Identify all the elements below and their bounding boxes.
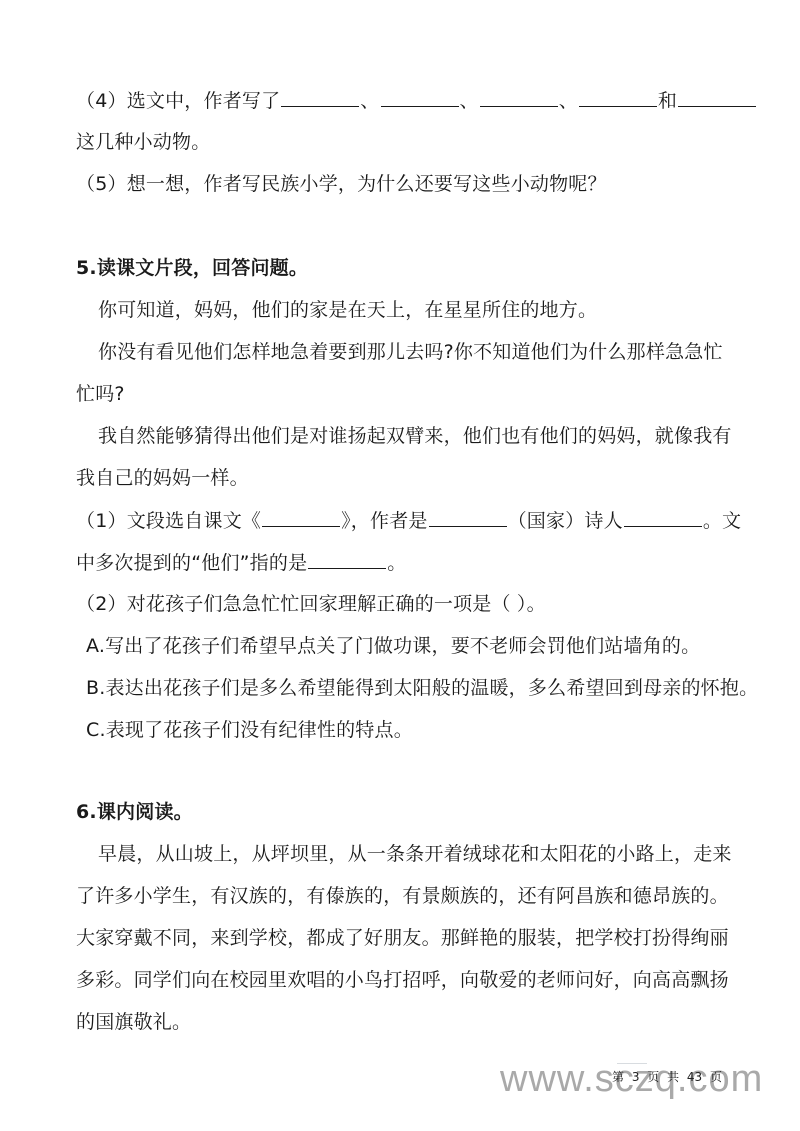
- answer-blank[interactable]: [381, 88, 459, 107]
- question-1-text: 。文: [703, 510, 741, 532]
- question-1-text: （国家）诗人: [508, 510, 623, 532]
- passage-paragraph-2-line2: 忙吗?: [76, 382, 125, 406]
- question-1-line1: （1）文段选自课文《》，作者是（国家）诗人。文: [76, 508, 741, 533]
- passage-paragraph-2-line1: 你没有看见他们怎样地急着要到那儿去吗?你不知道他们为什么那样急急忙: [98, 340, 723, 364]
- passage-paragraph-3-line1: 我自然能够猜得出他们是对谁扬起双臂来，他们也有他们的妈妈，就像我有: [98, 424, 732, 448]
- passage-paragraph-3-line2: 我自己的妈妈一样。: [76, 466, 249, 490]
- answer-blank[interactable]: [624, 508, 702, 527]
- question-4-prefix: （4）选文中，作者写了: [76, 90, 280, 112]
- passage-6-line5: 的国旗敬礼。: [76, 1010, 191, 1034]
- question-1-text: 》，作者是: [341, 510, 428, 532]
- page-number: 第 3 页 共 43 页: [612, 1068, 722, 1085]
- option-b[interactable]: B.表达出花孩子们是多么希望能得到太阳般的温暖，多么希望回到母亲的怀抱。: [86, 676, 758, 700]
- separator: 、: [460, 90, 479, 112]
- answer-blank[interactable]: [308, 550, 386, 569]
- document-page: （4）选文中，作者写了、、、和 这几种小动物。 （5）想一想，作者写民族小学，为…: [0, 0, 800, 1131]
- answer-blank[interactable]: [429, 508, 507, 527]
- passage-6-line3: 大家穿戴不同，来到学校，都成了好朋友。那鲜艳的服装，把学校打扮得绚丽: [76, 926, 729, 950]
- question-1-line2: 中多次提到的“他们”指的是。: [76, 550, 407, 575]
- question-2: （2）对花孩子们急急忙忙回家理解正确的一项是（ ）。: [76, 592, 546, 616]
- footer-divider: [617, 1063, 647, 1064]
- answer-blank[interactable]: [262, 508, 340, 527]
- separator: 、: [360, 90, 379, 112]
- answer-blank[interactable]: [480, 88, 558, 107]
- passage-6-line4: 多彩。同学们向在校园里欢唱的小鸟打招呼，向敬爱的老师问好，向高高飘扬: [76, 968, 729, 992]
- answer-blank[interactable]: [579, 88, 657, 107]
- answer-blank[interactable]: [678, 88, 756, 107]
- section-5-heading: 5.读课文片段，回答问题。: [76, 256, 308, 280]
- answer-blank[interactable]: [281, 88, 359, 107]
- separator: 、: [559, 90, 578, 112]
- question-4-line1: （4）选文中，作者写了、、、和: [76, 88, 757, 113]
- question-1-text: 中多次提到的“他们”指的是: [76, 552, 307, 574]
- option-c[interactable]: C.表现了花孩子们没有纪律性的特点。: [86, 718, 413, 742]
- section-6-heading: 6.课内阅读。: [76, 800, 193, 824]
- question-1-text: （1）文段选自课文《: [76, 510, 261, 532]
- option-a[interactable]: A.写出了花孩子们希望早点关了门做功课，要不老师会罚他们站墙角的。: [86, 634, 700, 658]
- passage-paragraph-1: 你可知道，妈妈，他们的家是在天上，在星星所住的地方。: [98, 298, 597, 322]
- question-5: （5）想一想，作者写民族小学，为什么还要写这些小动物呢？: [76, 172, 607, 196]
- conjunction: 和: [658, 90, 677, 112]
- question-4-line2: 这几种小动物。: [76, 130, 210, 154]
- passage-6-line1: 早晨，从山坡上，从坪坝里，从一条条开着绒球花和太阳花的小路上，走来: [98, 842, 732, 866]
- passage-6-line2: 了许多小学生，有汉族的，有傣族的，有景颇族的，还有阿昌族和德昂族的。: [76, 884, 729, 908]
- question-1-text: 。: [387, 552, 406, 574]
